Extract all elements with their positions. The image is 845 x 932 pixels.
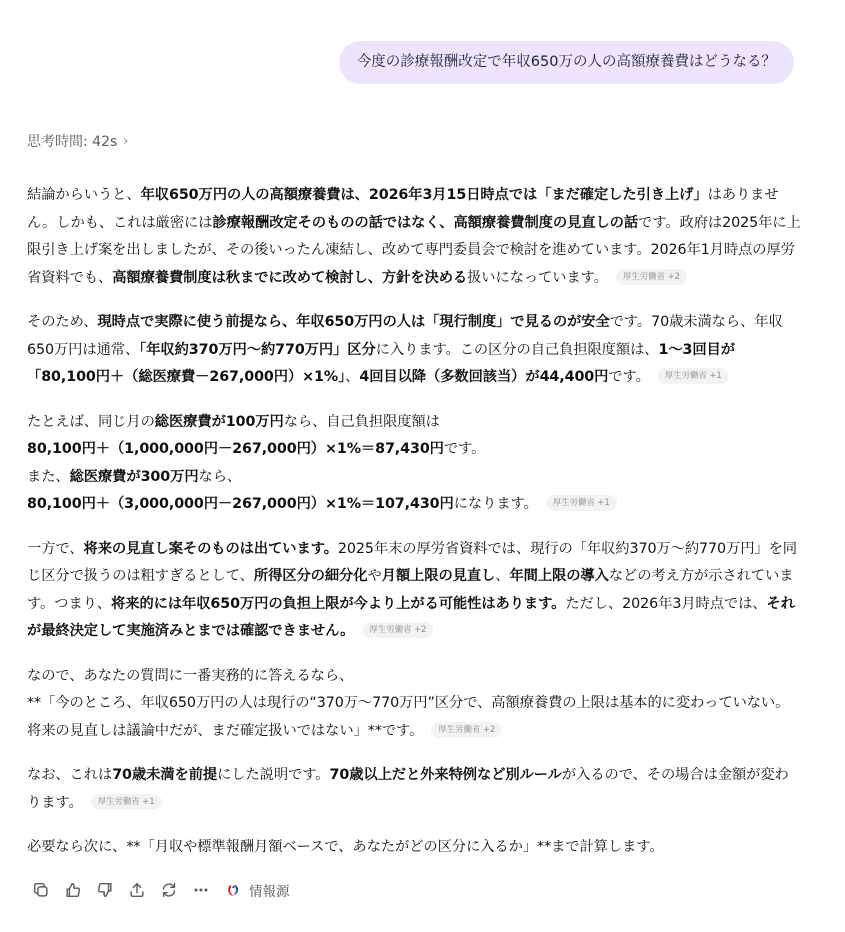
formula-text: 80,100円＋（1,000,000円－267,000円）×1%＝87,430円 — [27, 441, 444, 457]
citation-chip[interactable]: 厚生労働省 +2 — [431, 722, 502, 738]
text: に入ります。この区分の自己負担限度額は、 — [376, 342, 659, 358]
like-button[interactable] — [57, 878, 89, 902]
citation-chip[interactable]: 厚生労働省 +2 — [616, 269, 687, 285]
bold-text: 70歳未満を前提 — [112, 767, 217, 783]
thinking-time-label: 思考時間: 42s — [27, 131, 117, 151]
chevron-right-icon: › — [123, 134, 128, 149]
answer-paragraph-4: 一方で、将来の見直し案そのものは出ています。2025年末の厚労省資料では、現行の… — [27, 536, 802, 646]
message-action-bar: 情報源 — [25, 878, 290, 902]
thumbs-up-icon — [64, 881, 82, 899]
sources-label: 情報源 — [249, 880, 290, 900]
text: なら、自己負担限度額は — [284, 414, 440, 430]
citation-chip[interactable]: 厚生労働省 +1 — [91, 794, 162, 810]
assistant-answer: 結論からいうと、年収650万円の人の高額療養費は、2026年3月15日時点では「… — [27, 182, 802, 879]
bold-text: 将来的には年収650万円の負担上限が今より上がる可能性はあります。 — [111, 596, 565, 612]
bold-text: 所得区分の細分化 — [254, 568, 368, 584]
text: です。 — [608, 369, 649, 385]
regenerate-icon — [160, 881, 178, 899]
answer-paragraph-5: なので、あなたの質問に一番実務的に答えるなら、 **「今のところ、年収650万円… — [27, 663, 802, 746]
bold-text: 「年収約370万円〜約770万円」区分 — [139, 342, 376, 358]
more-button[interactable] — [185, 878, 217, 902]
bold-text: 診療報酬改定そのものの話ではなく、高額療養費制度の見直しの話 — [212, 215, 638, 231]
formula-text: 80,100円＋（3,000,000円－267,000円）×1%＝107,430… — [27, 496, 454, 512]
user-message-bubble: 今度の診療報酬改定で年収650万の人の高額療養費はどうなる？ — [339, 41, 794, 84]
text: なら、 — [199, 469, 242, 485]
answer-paragraph-6: なお、これは70歳未満を前提にした説明です。70歳以上だと外来特例など別ルールが… — [27, 762, 802, 817]
answer-paragraph-2: そのため、現時点で実際に使う前提なら、年収650万円の人は「現行制度」で見るのが… — [27, 309, 802, 392]
text: や — [367, 568, 381, 584]
mhlw-logo-icon — [225, 882, 241, 898]
text: 、 — [345, 369, 359, 385]
text: たとえば、同じ月の — [27, 414, 155, 430]
share-icon — [128, 881, 146, 899]
text: です。 — [444, 441, 485, 457]
bold-text: 将来の見直し案そのものは出ています。 — [84, 541, 338, 557]
text: 、 — [495, 568, 509, 584]
answer-paragraph-1: 結論からいうと、年収650万円の人の高額療養費は、2026年3月15日時点では「… — [27, 182, 802, 292]
bold-text: 総医療費が100万円 — [155, 414, 284, 430]
thinking-time-toggle[interactable]: 思考時間: 42s › — [27, 131, 128, 151]
citation-chip[interactable]: 厚生労働省 +1 — [546, 495, 617, 511]
more-icon — [192, 881, 210, 899]
user-message-row: 今度の診療報酬改定で年収650万の人の高額療養費はどうなる？ — [339, 41, 794, 84]
answer-paragraph-3: たとえば、同じ月の総医療費が100万円なら、自己負担限度額は 80,100円＋（… — [27, 409, 802, 519]
sources-button[interactable]: 情報源 — [225, 880, 290, 900]
bold-text: 年収650万円の人の高額療養費は、2026年3月15日時点では「まだ確定した引き… — [141, 187, 708, 203]
text: 結論からいうと、 — [27, 187, 141, 203]
text: そのため、 — [27, 314, 97, 330]
text: なお、これは — [27, 767, 112, 783]
text: 一方で、 — [27, 541, 84, 557]
text: また、 — [27, 469, 70, 485]
citation-chip[interactable]: 厚生労働省 +1 — [658, 368, 729, 384]
dislike-button[interactable] — [89, 878, 121, 902]
share-button[interactable] — [121, 878, 153, 902]
copy-button[interactable] — [25, 878, 57, 902]
text: ただし、2026年3月時点では、 — [565, 596, 766, 612]
bold-text: 月額上限の見直し — [382, 568, 496, 584]
bold-text: 現時点で実際に使う前提なら、年収650万円の人は「現行制度」で見るのが安全 — [97, 314, 609, 330]
bold-text: 年間上限の導入 — [509, 568, 608, 584]
answer-paragraph-7: 必要なら次に、**「月収や標準報酬月額ベースで、あなたがどの区分に入るか」**ま… — [27, 834, 802, 862]
text: **「今のところ、年収650万円の人は現行の“370万〜770万円”区分で、高額… — [27, 695, 789, 739]
regenerate-button[interactable] — [153, 878, 185, 902]
text: にした説明です。 — [217, 767, 329, 783]
bold-text: 高額療養費制度は秋までに改めて検討し、方針を決める — [112, 270, 467, 286]
copy-icon — [32, 881, 50, 899]
text: 必要なら次に、**「月収や標準報酬月額ベースで、あなたがどの区分に入るか」**ま… — [27, 839, 664, 855]
text: なので、あなたの質問に一番実務的に答えるなら、 — [27, 668, 353, 684]
text: になります。 — [454, 496, 538, 512]
bold-text: 4回目以降（多数回該当）が44,400円 — [359, 369, 608, 385]
bold-text: 70歳以上だと外来特例など別ルール — [330, 767, 562, 783]
text: 扱いになっています。 — [467, 270, 608, 286]
thumbs-down-icon — [96, 881, 114, 899]
citation-chip[interactable]: 厚生労働省 +2 — [362, 622, 433, 638]
bold-text: 総医療費が300万円 — [70, 469, 199, 485]
